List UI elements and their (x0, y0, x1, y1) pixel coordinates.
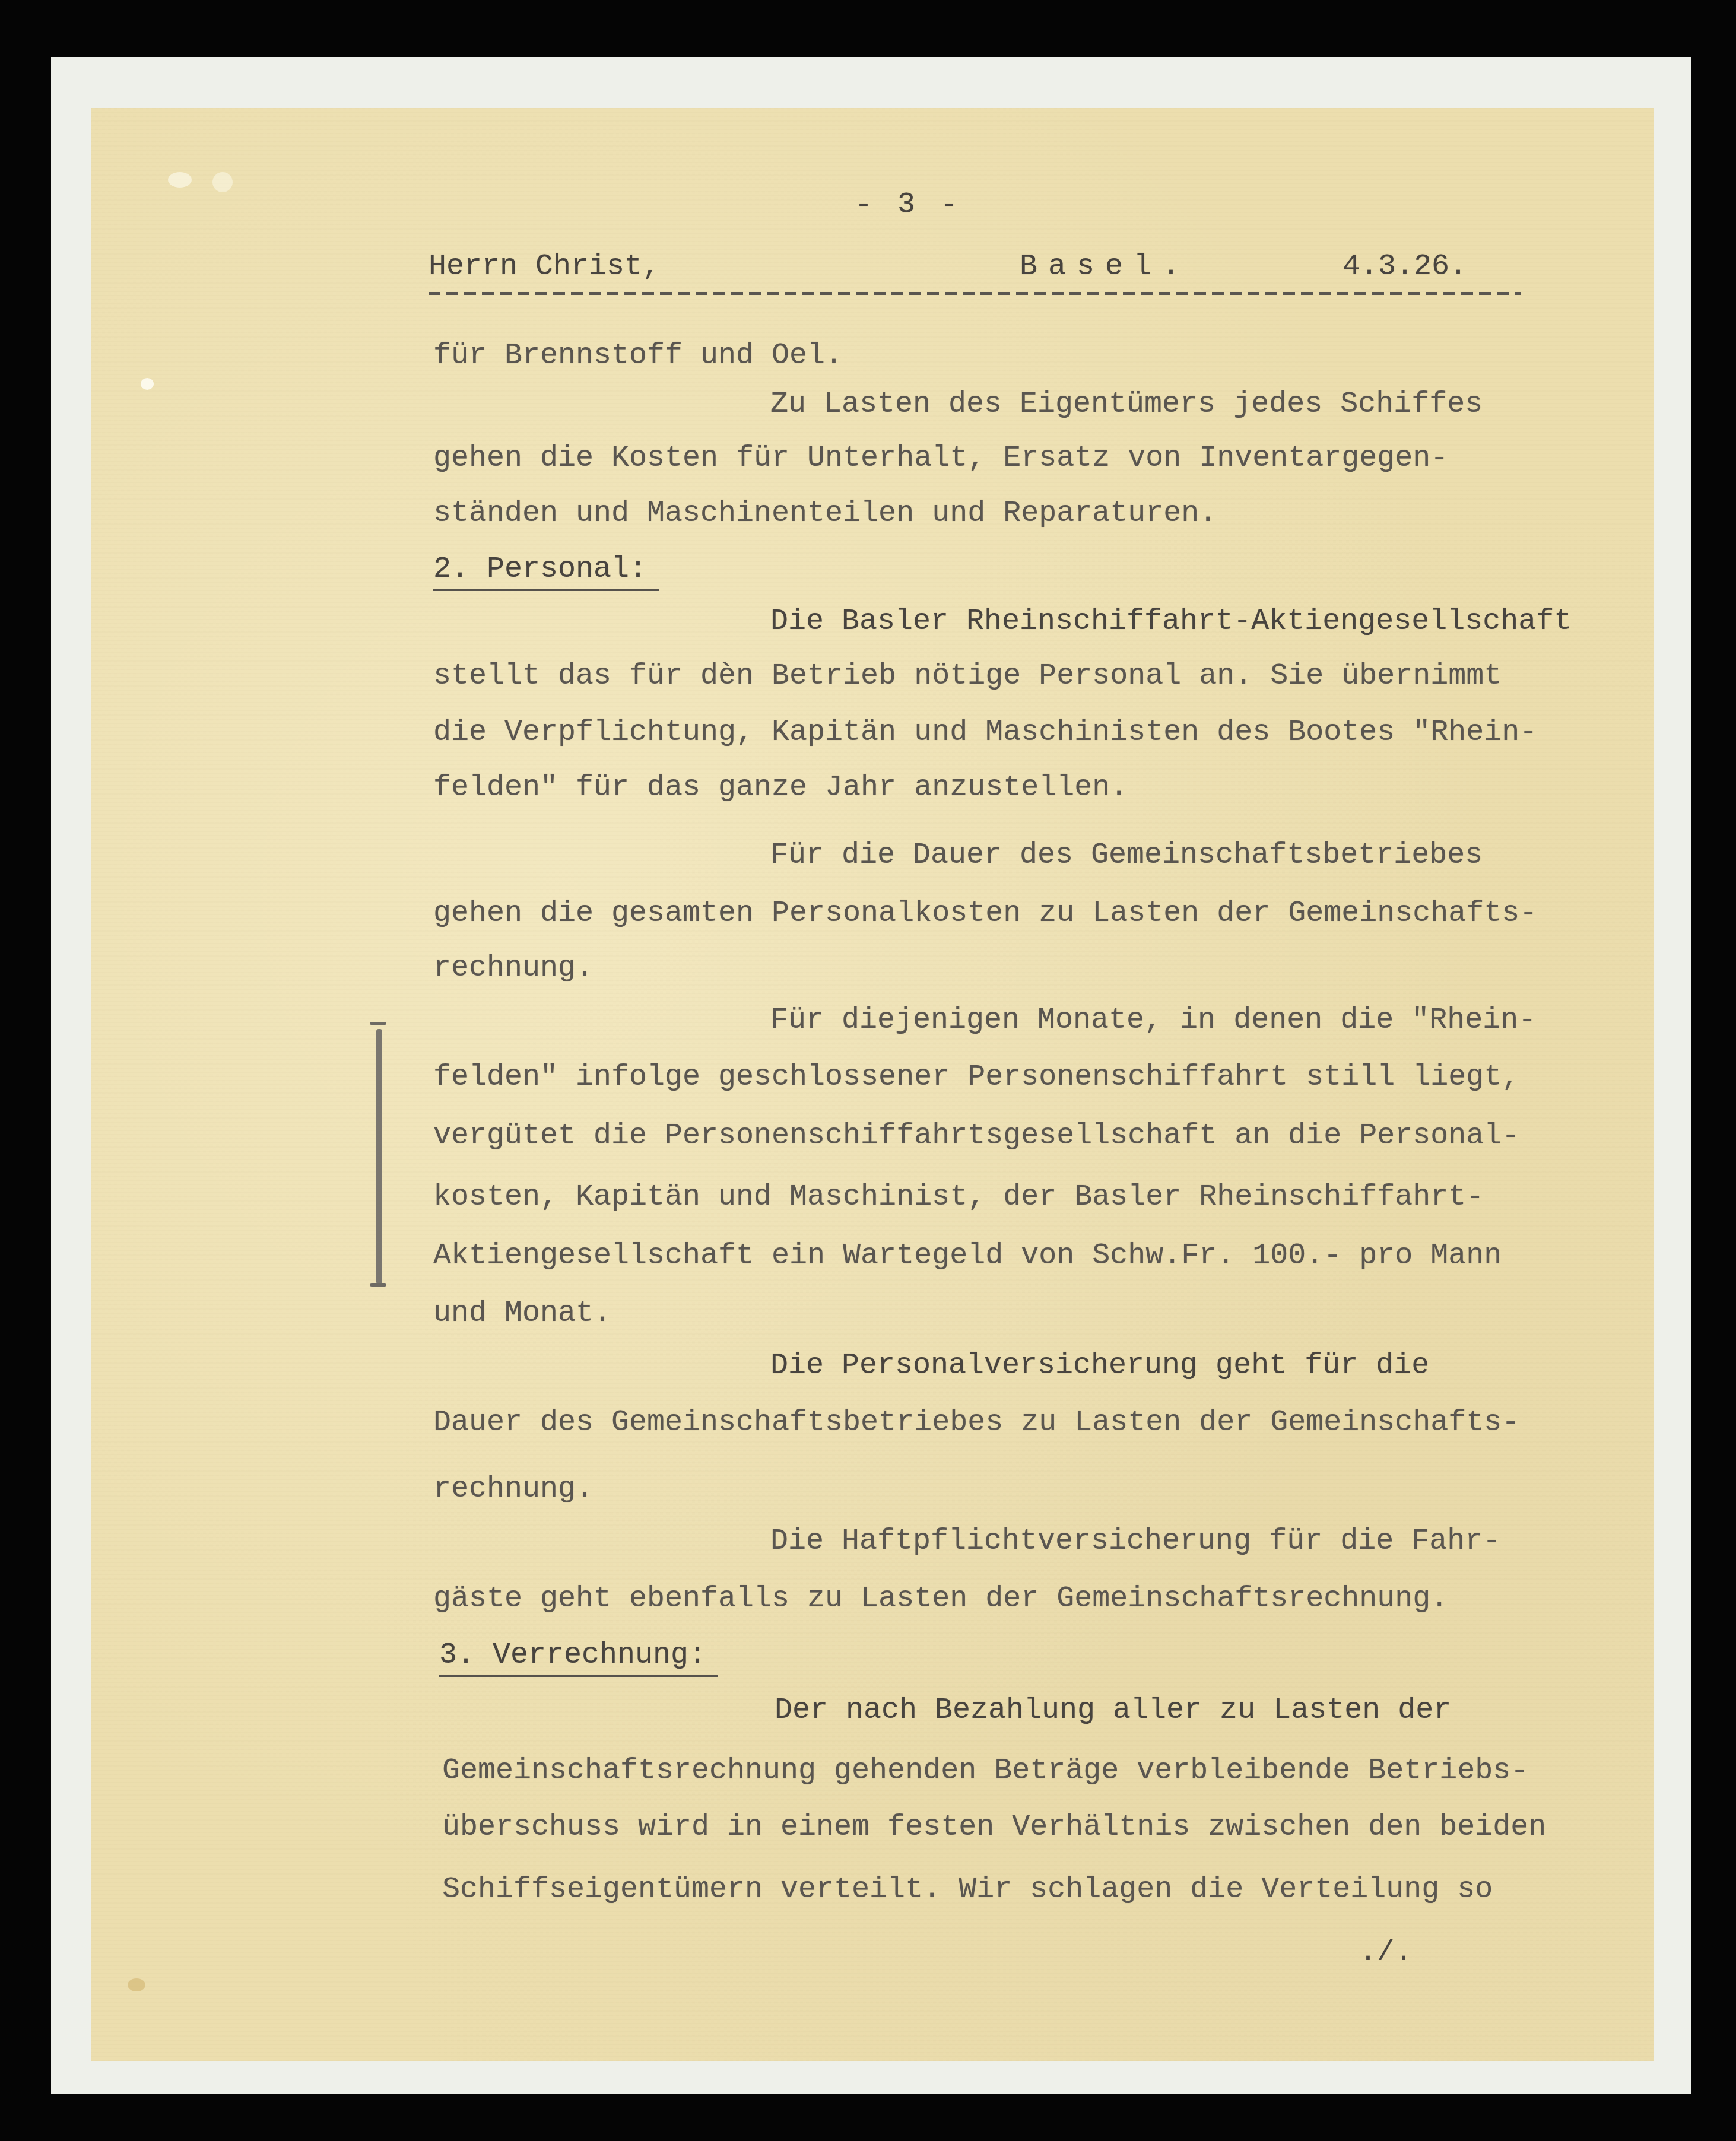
body-line: stellt das für dèn Betrieb nötige Person… (433, 659, 1502, 694)
paper-stain (128, 1978, 145, 1991)
body-line: für Brennstoff und Oel. (433, 338, 843, 374)
body-line: ständen und Maschinenteilen und Reparatu… (433, 496, 1217, 532)
body-line: Die Haftpflichtversicherung für die Fahr… (770, 1524, 1500, 1559)
body-line: rechnung. (433, 951, 594, 986)
body-line: überschuss wird in einem festen Verhältn… (442, 1810, 1546, 1845)
body-line: rechnung. (433, 1472, 594, 1507)
body-line: Für diejenigen Monate, in denen die "Rhe… (770, 1003, 1536, 1038)
letter-date: 4.3.26. (1343, 249, 1467, 285)
body-line: felden" für das ganze Jahr anzustellen. (433, 770, 1128, 806)
body-line: die Verpflichtung, Kapitän und Maschinis… (433, 715, 1537, 751)
body-line: Der nach Bezahlung aller zu Lasten der (775, 1693, 1451, 1729)
page-number: - 3 - (855, 188, 961, 223)
body-line: gäste geht ebenfalls zu Lasten der Gemei… (433, 1581, 1448, 1617)
header-separator (429, 292, 1521, 295)
body-line: und Monat. (433, 1296, 611, 1332)
body-line: felden" infolge geschlossener Personensc… (433, 1060, 1519, 1095)
body-line: Die Basler Rheinschiffahrt-Aktiengesells… (770, 604, 1572, 640)
paper-tear-mark (212, 172, 233, 192)
paper-tear-mark (168, 172, 192, 188)
section-heading-personal: 2. Personal: (433, 552, 659, 591)
body-line: Aktiengesellschaft ein Wartegeld von Sch… (433, 1238, 1502, 1274)
continuation-mark: ./. (1359, 1936, 1413, 1970)
body-line: vergütet die Personenschiffahrtsgesellsc… (433, 1119, 1519, 1154)
paper-hole-mark (141, 378, 154, 390)
body-line: Zu Lasten des Eigentümers jedes Schiffes (770, 387, 1483, 423)
body-line: gehen die Kosten für Unterhalt, Ersatz v… (433, 441, 1448, 477)
body-line: Schiffseigentümern verteilt. Wir schlage… (442, 1872, 1493, 1908)
body-line: Dauer des Gemeinschaftsbetriebes zu Last… (433, 1405, 1519, 1441)
body-line: gehen die gesamten Personalkosten zu Las… (433, 896, 1537, 932)
bracket-bottom-tick (370, 1283, 386, 1287)
section-heading-verrechnung: 3. Verrechnung: (439, 1638, 718, 1677)
recipient-place: Basel. (1020, 249, 1191, 285)
recipient-name: Herrn Christ, (429, 249, 660, 285)
pencil-margin-bracket (370, 1022, 378, 1292)
body-line: Für die Dauer des Gemeinschaftsbetriebes (770, 838, 1483, 873)
bracket-bar (376, 1029, 382, 1284)
bracket-top-tick (370, 1022, 386, 1025)
body-line: kosten, Kapitän und Maschinist, der Basl… (433, 1180, 1484, 1215)
body-line: Gemeinschaftsrechnung gehenden Beträge v… (442, 1754, 1528, 1789)
body-line: Die Personalversicherung geht für die (770, 1348, 1429, 1384)
